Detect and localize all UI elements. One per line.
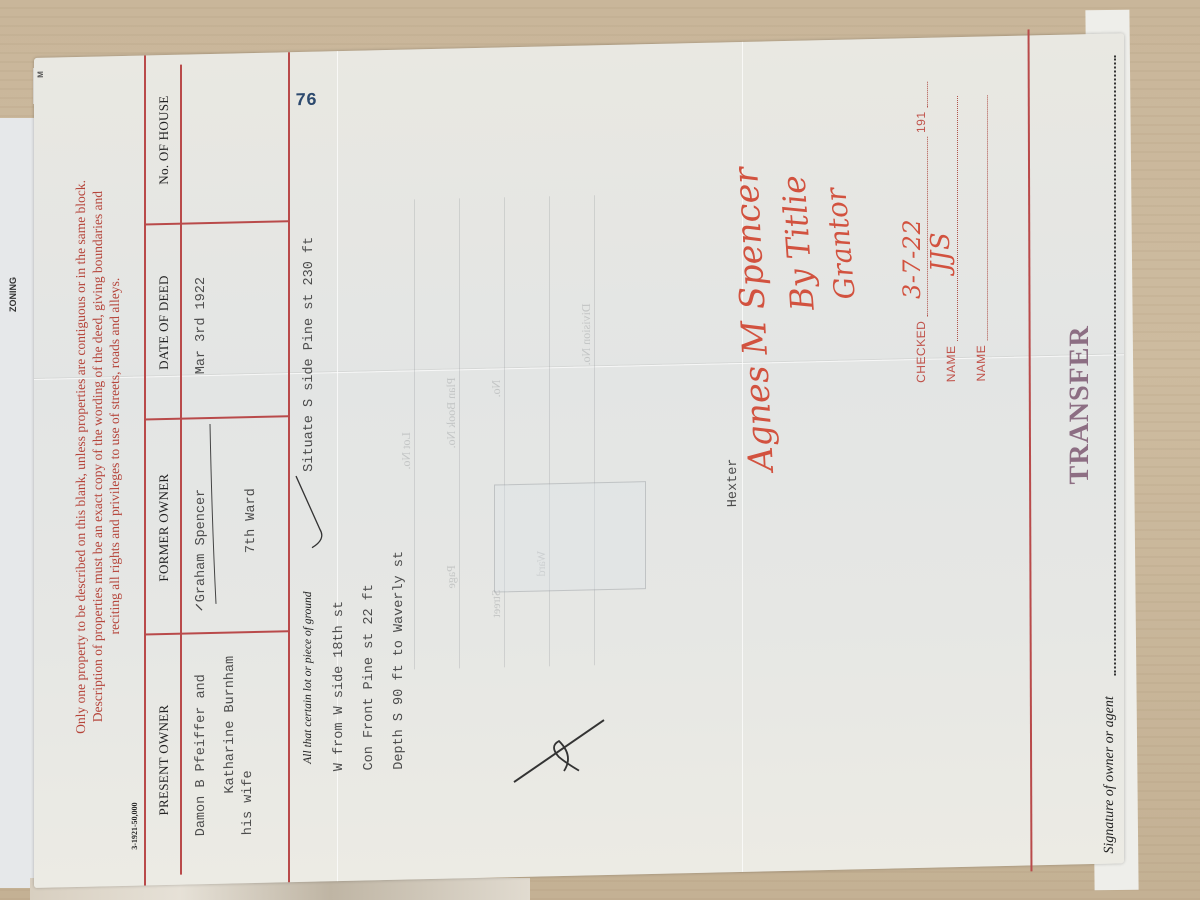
typed-name: Hexter — [726, 458, 741, 507]
table-bottom-rule — [288, 52, 290, 882]
column-header-no-of-house: No. OF HOUSE — [150, 55, 178, 226]
signature-label: Signature of owner or agent — [1102, 696, 1118, 854]
signature-field[interactable] — [1114, 55, 1116, 675]
table-top-rule — [144, 55, 146, 885]
ghost-rule — [549, 196, 550, 666]
instruction-line: Only one property to be described on thi… — [72, 67, 89, 847]
date-of-deed-value: Mar 3rd 1922 — [194, 277, 209, 375]
ghost-rule — [594, 195, 595, 665]
name-field — [978, 96, 988, 341]
underlying-sheet-label: ZONING — [8, 277, 18, 312]
header-rule — [180, 65, 182, 875]
ghost-division: Division No. — [579, 303, 594, 365]
check-mark-underline-icon — [192, 414, 222, 615]
checked-date: 3-7-22 — [898, 218, 926, 299]
column-header-former-owner: FORMER OWNER — [150, 420, 178, 636]
corner-mark: M — [36, 71, 45, 78]
name-row: NAME JJS — [944, 97, 958, 383]
present-owner-line: Damon B Pfeiffer and — [194, 674, 209, 836]
description-line: Situate S side Pine st 230 ft — [302, 237, 317, 472]
checked-label: CHECKED — [914, 321, 928, 384]
ghost-rule — [414, 199, 415, 669]
ghost-street: Street — [489, 589, 504, 617]
name-label: NAME — [974, 345, 988, 382]
name-value: JJS — [926, 231, 956, 272]
column-header-present-owner: PRESENT OWNER — [150, 635, 178, 886]
present-owner-line: Katharine Burnham — [223, 656, 238, 794]
checked-field: 3-7-22 — [918, 137, 928, 317]
instruction-line: reciting all rights and privileges to us… — [106, 66, 123, 846]
description-line: Con Front Pine st 22 ft — [362, 584, 377, 771]
deed-transfer-form: M Only one property to be described on t… — [34, 33, 1124, 888]
form-number: 3-1921-50,000 — [130, 802, 139, 850]
year-field — [918, 81, 928, 107]
pencil-initials-mark — [504, 710, 614, 802]
instructions: Only one property to be described on thi… — [72, 66, 123, 847]
former-owner-ward: 7th Ward — [244, 488, 259, 553]
description-line: W from W side 18th st — [332, 601, 347, 771]
ghost-rule — [504, 197, 505, 667]
ghost-no: No. — [489, 380, 504, 398]
ghost-page: Page — [444, 565, 459, 589]
instruction-line: Description of properties must be an exa… — [89, 66, 106, 846]
description-line: Depth S 90 ft to Waverly st — [392, 551, 407, 770]
description-label: All that certain lot or piece of ground — [302, 591, 314, 764]
transfer-stamp: TRANSFER — [1064, 325, 1096, 485]
column-header-date-of-deed: DATE OF DEED — [150, 225, 178, 421]
ghost-plan-book: Plan Book No. — [444, 377, 459, 448]
present-owner-line: his wife — [241, 770, 256, 835]
name-field: JJS — [948, 97, 958, 342]
record-number: 76 — [295, 91, 317, 111]
check-mark-icon — [292, 471, 332, 552]
year-suffix: 191 — [914, 111, 928, 133]
name-label: NAME — [944, 345, 958, 382]
ghost-rule — [459, 198, 460, 668]
ghost-lot-no: Lot No. — [399, 432, 414, 470]
name-row: NAME — [974, 96, 988, 382]
ghost-box — [494, 481, 646, 592]
